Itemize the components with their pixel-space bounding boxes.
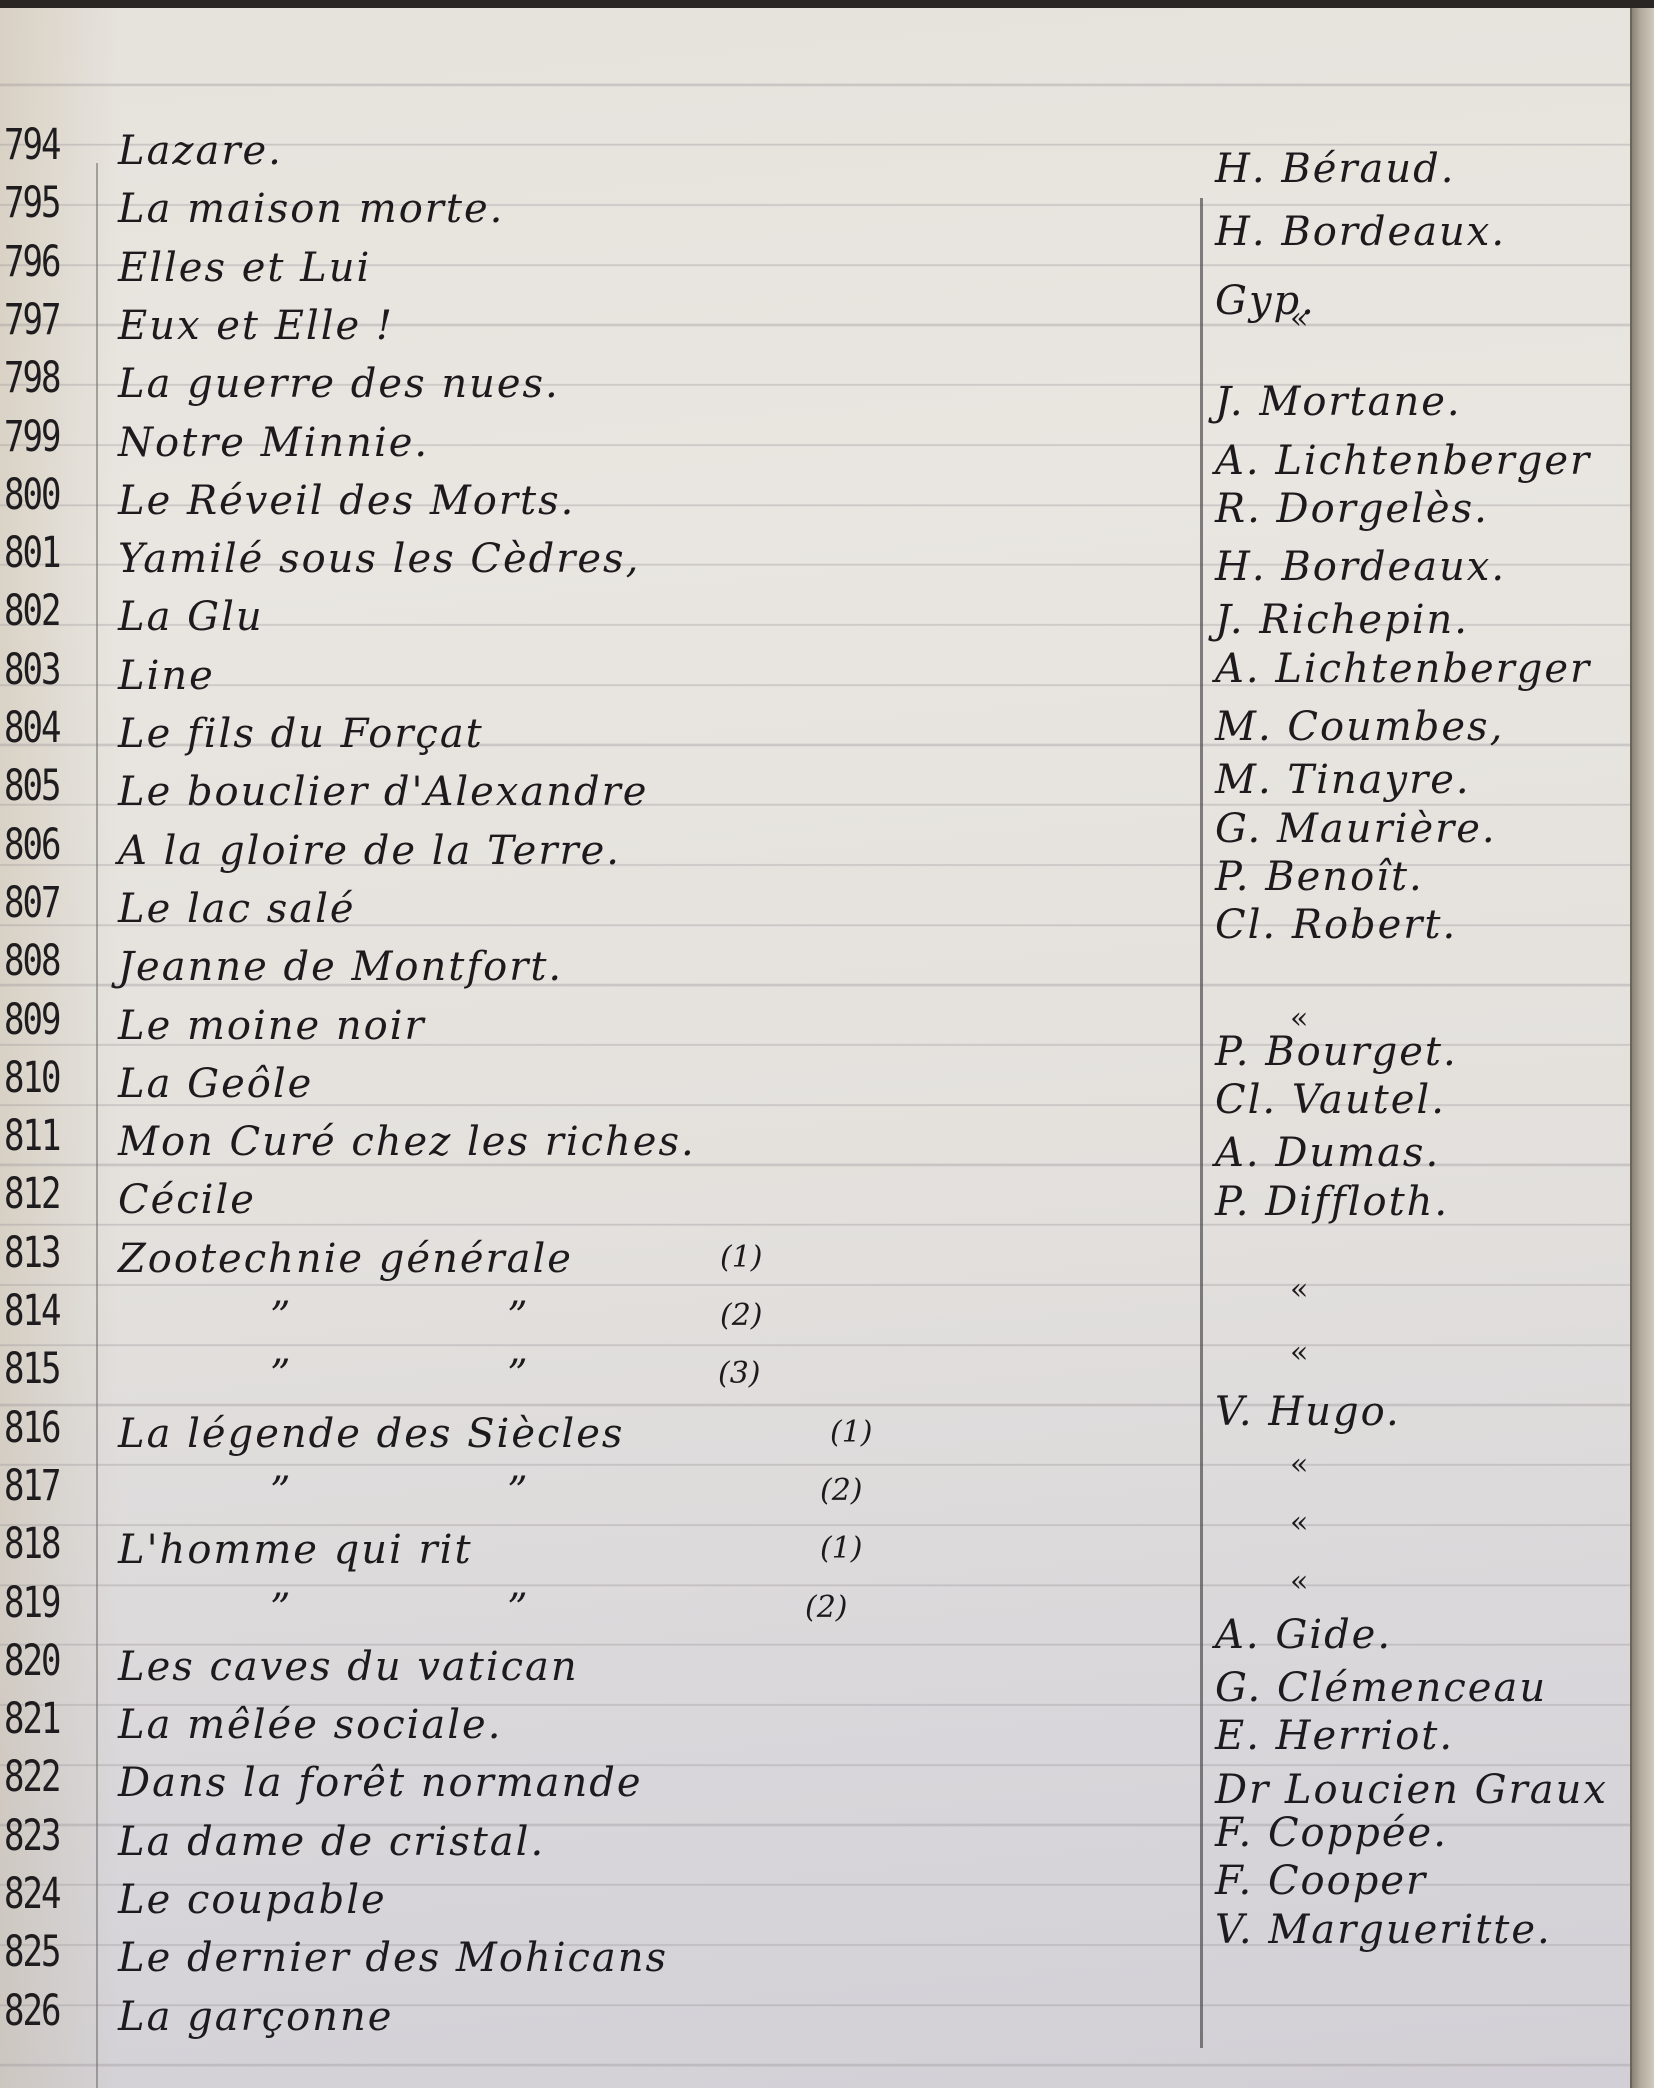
entry-author-ditto: « <box>1290 1505 1308 1540</box>
entry-title: La maison morte. <box>118 186 504 232</box>
entry-number: 804 <box>4 703 94 753</box>
entry-volume: (1) <box>820 1531 863 1566</box>
entry-volume: (3) <box>718 1356 761 1391</box>
entry-title: Lazare. <box>118 128 283 174</box>
entry-number: 825 <box>4 1927 94 1977</box>
ledger-row: 794 Lazare. H. Béraud. <box>0 126 1632 186</box>
entry-author: P. Bourget. <box>1215 1029 1458 1075</box>
entry-title: Les caves du vatican <box>118 1644 579 1690</box>
ledger-row: 803 Line A. Lichtenberger <box>0 651 1632 711</box>
entry-title: La Geôle <box>118 1061 313 1107</box>
entry-number: 816 <box>4 1403 94 1453</box>
entry-author-ditto: « <box>1290 1335 1308 1370</box>
entry-number: 821 <box>4 1694 94 1744</box>
entry-number: 814 <box>4 1286 94 1336</box>
entry-volume: (2) <box>820 1473 863 1508</box>
entry-author: F. Coppée. <box>1215 1810 1448 1856</box>
entry-title: ” ” <box>270 1352 530 1398</box>
ledger-row: 802 La Glu J. Richepin. <box>0 592 1632 652</box>
entry-title: Dans la forêt normande <box>118 1760 643 1806</box>
entry-title: La Glu <box>118 594 264 640</box>
entry-title: Yamilé sous les Cèdres, <box>118 536 640 582</box>
entry-number: 803 <box>4 645 94 695</box>
entry-title: A la gloire de la Terre. <box>118 828 621 874</box>
entry-number: 826 <box>4 1986 94 2036</box>
ledger-row: 826 La garçonne V. Margueritte. <box>0 1992 1632 2052</box>
entry-title: ” ” <box>270 1469 530 1515</box>
entry-author: V. Margueritte. <box>1215 1907 1552 1953</box>
entry-title: La guerre des nues. <box>118 361 560 407</box>
ledger-row: 796 Elles et Lui Gyp. <box>0 243 1632 303</box>
ledger-row: 797 Eux et Elle ! « <box>0 301 1632 361</box>
entry-author: P. Benoît. <box>1215 854 1424 900</box>
ledger-row: 818 L'homme qui rit (1) « <box>0 1525 1632 1585</box>
entry-author: H. Bordeaux. <box>1215 544 1506 590</box>
entry-title: Le fils du Forçat <box>118 711 484 757</box>
entry-title: Le coupable <box>118 1877 387 1923</box>
entry-title: Mon Curé chez les riches. <box>118 1119 696 1165</box>
entry-number: 807 <box>4 878 94 928</box>
entry-volume: (1) <box>830 1415 873 1450</box>
entry-number: 818 <box>4 1519 94 1569</box>
entry-number: 819 <box>4 1578 94 1628</box>
entry-author: V. Hugo. <box>1215 1389 1401 1435</box>
entry-title: Zootechnie générale <box>118 1236 573 1282</box>
entry-author: J. Richepin. <box>1215 597 1469 643</box>
entry-title: La mêlée sociale. <box>118 1702 502 1748</box>
entry-number: 798 <box>4 353 94 403</box>
entry-title: Le Réveil des Morts. <box>118 478 575 524</box>
entry-title: Line <box>118 653 215 699</box>
entry-author: A. Gide. <box>1215 1612 1392 1658</box>
entry-title: L'homme qui rit <box>118 1527 473 1573</box>
ledger-row: 801 Yamilé sous les Cèdres, H. Bordeaux. <box>0 534 1632 594</box>
entry-title: Le dernier des Mohicans <box>118 1935 668 1981</box>
entry-author: Cl. Vautel. <box>1215 1077 1446 1123</box>
ledger-row: 808 Jeanne de Montfort. Cl. Robert. <box>0 942 1632 1002</box>
entry-number: 794 <box>4 120 94 170</box>
entry-title: La garçonne <box>118 1994 393 2040</box>
entry-number: 801 <box>4 528 94 578</box>
ledger-row: 816 La légende des Siècles (1) V. Hugo. <box>0 1409 1632 1469</box>
entry-title: La légende des Siècles <box>118 1411 624 1457</box>
entry-author: Dr Loucien Graux <box>1215 1767 1608 1813</box>
entry-number: 811 <box>4 1111 94 1161</box>
entry-author: R. Dorgelès. <box>1215 486 1489 532</box>
ledger-row: 795 La maison morte. H. Bordeaux. <box>0 184 1632 244</box>
entry-number: 817 <box>4 1461 94 1511</box>
entry-number: 812 <box>4 1169 94 1219</box>
entry-title: Eux et Elle ! <box>118 303 394 349</box>
entry-number: 823 <box>4 1811 94 1861</box>
entry-title: ” ” <box>270 1294 530 1340</box>
entry-volume: (1) <box>720 1240 763 1275</box>
entry-number: 800 <box>4 470 94 520</box>
entry-number: 806 <box>4 820 94 870</box>
entry-title: Cécile <box>118 1177 256 1223</box>
entry-number: 809 <box>4 995 94 1045</box>
entry-author-ditto: « <box>1290 1272 1308 1307</box>
entry-volume: (2) <box>720 1298 763 1333</box>
ledger-row: 798 La guerre des nues. J. Mortane. <box>0 359 1632 419</box>
ledger-row: 814 ” ” (2) « <box>0 1292 1632 1352</box>
entry-number: 824 <box>4 1869 94 1919</box>
entry-number: 795 <box>4 178 94 228</box>
entry-author: P. Diffloth. <box>1215 1179 1449 1225</box>
entry-number: 799 <box>4 412 94 462</box>
entry-number: 820 <box>4 1636 94 1686</box>
entry-author: M. Coumbes, <box>1215 704 1504 750</box>
ledger-row: 813 Zootechnie générale (1) P. Diffloth. <box>0 1234 1632 1294</box>
entry-number: 822 <box>4 1752 94 1802</box>
entry-author: F. Cooper <box>1215 1858 1427 1904</box>
entry-author: G. Maurière. <box>1215 806 1497 852</box>
entry-number: 815 <box>4 1344 94 1394</box>
entry-author-ditto: « <box>1290 1564 1308 1599</box>
entry-author-ditto: « <box>1290 1447 1308 1482</box>
entry-title: Notre Minnie. <box>118 420 429 466</box>
entry-title: La dame de cristal. <box>118 1819 545 1865</box>
entry-title: ” ” <box>270 1586 530 1632</box>
entry-number: 808 <box>4 936 94 986</box>
entry-title: Le moine noir <box>118 1003 426 1049</box>
ledger-row: 817 ” ” (2) « <box>0 1467 1632 1527</box>
entry-number: 810 <box>4 1053 94 1103</box>
entry-author: A. Lichtenberger <box>1215 646 1591 692</box>
entry-author: E. Herriot. <box>1215 1713 1454 1759</box>
book-gutter <box>1632 8 1654 2088</box>
entry-number: 797 <box>4 295 94 345</box>
entry-author-ditto: « <box>1290 301 1308 336</box>
entry-volume: (2) <box>805 1590 848 1625</box>
entry-title: Le bouclier d'Alexandre <box>118 769 648 815</box>
entry-number: 796 <box>4 237 94 287</box>
ledger-row: 799 Notre Minnie. A. Lichtenberger <box>0 418 1632 478</box>
entry-number: 802 <box>4 586 94 636</box>
entry-title: Jeanne de Montfort. <box>118 944 563 990</box>
entry-number: 813 <box>4 1228 94 1278</box>
entry-number: 805 <box>4 761 94 811</box>
ledger-page: 794 Lazare. H. Béraud. 795 La maison mor… <box>0 8 1632 2088</box>
entry-author: M. Tinayre. <box>1215 757 1471 803</box>
entry-author: G. Clémenceau <box>1215 1665 1547 1711</box>
ledger-row: 800 Le Réveil des Morts. R. Dorgelès. <box>0 476 1632 536</box>
entry-author: A. Dumas. <box>1215 1130 1440 1176</box>
entry-title: Elles et Lui <box>118 245 371 291</box>
entry-title: Le lac salé <box>118 886 356 932</box>
entry-author: Cl. Robert. <box>1215 902 1457 948</box>
